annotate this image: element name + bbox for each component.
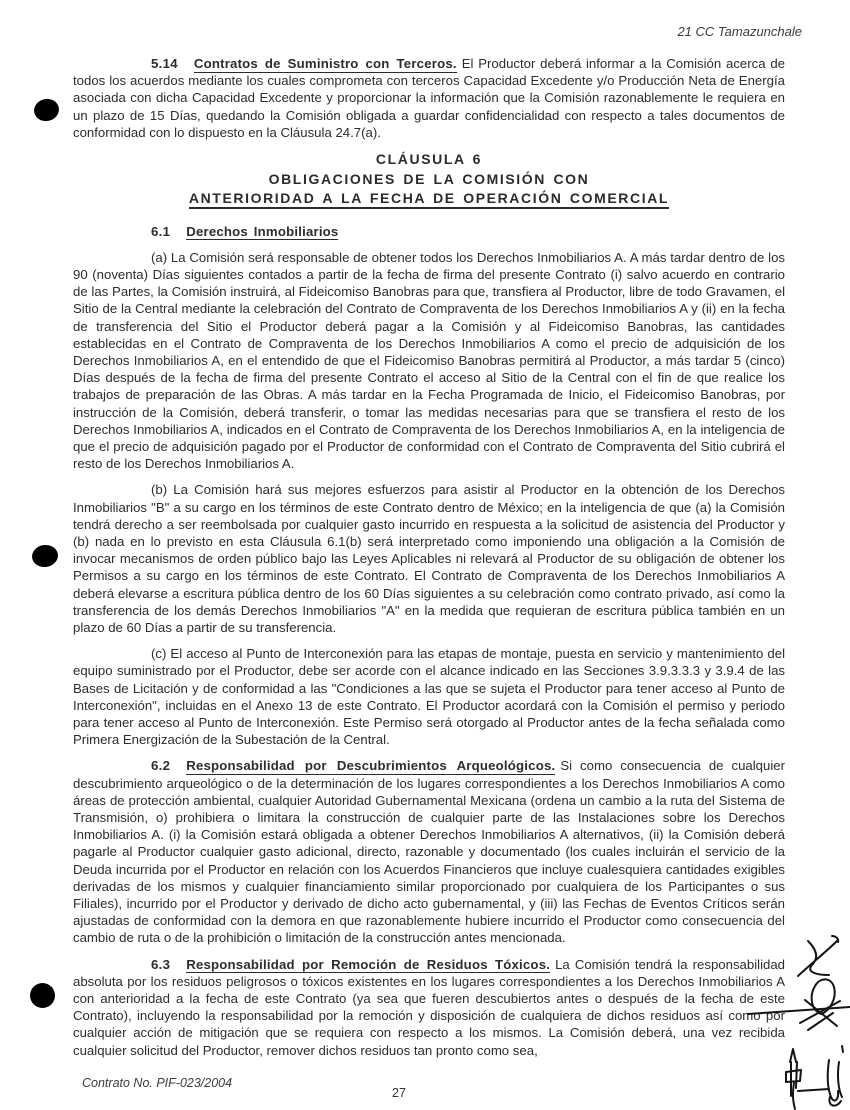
hole-punch-icon <box>31 543 60 568</box>
section-title: Contratos de Suministro con Terceros. <box>194 56 457 73</box>
document-body: 5.14Contratos de Suministro con Terceros… <box>73 55 785 1059</box>
section-title: Responsabilidad por Remoción de Residuos… <box>186 957 550 974</box>
handwritten-k-mark <box>798 936 838 976</box>
body-paragraph: (c) El acceso al Punto de Interconexión … <box>73 645 785 748</box>
body-paragraph: (b) La Comisión hará sus mejores esfuerz… <box>73 481 785 636</box>
section-number: 6.3 <box>151 957 170 972</box>
clause-heading-row: OBLIGACIONES DE LA COMISIÓN CON <box>73 170 785 190</box>
contract-page: 21 CC Tamazunchale 5.14Contratos de Sumi… <box>0 0 850 1110</box>
section-number: 5.14 <box>151 56 178 71</box>
subsection-title: Derechos Inmobiliarios <box>186 224 338 241</box>
subsection-heading-6.1: 6.1Derechos Inmobiliarios <box>73 223 785 240</box>
clause-heading-row: ANTERIORIDAD A LA FECHA DE OPERACIÓN COM… <box>73 189 785 209</box>
footer-page-number: 27 <box>392 1086 406 1100</box>
page-header-project-label: 21 CC Tamazunchale <box>677 24 802 39</box>
footer-contract-number: Contrato No. PIF-023/2004 <box>82 1076 232 1090</box>
paragraph-text: (b) La Comisión hará sus mejores esfuerz… <box>73 482 785 635</box>
section-body-text: Si como consecuencia de cualquier descub… <box>73 758 785 945</box>
clause-heading: CLÁUSULA 6OBLIGACIONES DE LA COMISIÓN CO… <box>73 150 785 209</box>
clause-heading-row: CLÁUSULA 6 <box>73 150 785 170</box>
section-paragraph-6.3: 6.3Responsabilidad por Remoción de Resid… <box>73 956 785 1059</box>
paragraph-text: (a) La Comisión será responsable de obte… <box>73 250 785 471</box>
hole-punch-icon <box>30 983 55 1008</box>
clause-heading-line: ANTERIORIDAD A LA FECHA DE OPERACIÓN COM… <box>189 190 669 209</box>
subsection-number: 6.1 <box>151 224 170 239</box>
paragraph-text: (c) El acceso al Punto de Interconexión … <box>73 646 785 747</box>
section-number: 6.2 <box>151 758 170 773</box>
clause-heading-line: OBLIGACIONES DE LA COMISIÓN CON <box>269 171 590 187</box>
section-paragraph-6.2: 6.2Responsabilidad por Descubrimientos A… <box>73 757 785 946</box>
handwritten-signature-scribble <box>786 1046 843 1109</box>
hole-punch-icon <box>32 97 61 124</box>
section-title: Responsabilidad por Descubrimientos Arqu… <box>186 758 555 775</box>
body-paragraph: (a) La Comisión será responsable de obte… <box>73 249 785 473</box>
section-paragraph-5.14: 5.14Contratos de Suministro con Terceros… <box>73 55 785 141</box>
clause-heading-line: CLÁUSULA 6 <box>376 151 482 167</box>
